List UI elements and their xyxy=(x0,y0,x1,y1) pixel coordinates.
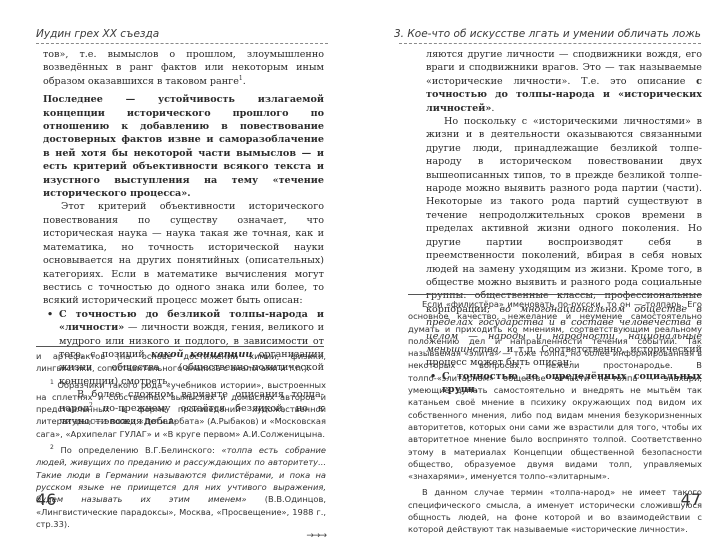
footnote-rule xyxy=(36,346,324,347)
left-page: Иудин грех XX съезда тов», т.е. вымыслов… xyxy=(0,0,363,540)
paragraph: ляются другие личности — сподвижники вож… xyxy=(426,48,702,115)
page-number: 46 xyxy=(36,490,56,509)
continue-arrows-icon: →→→ xyxy=(36,530,326,540)
bullet-icon: • xyxy=(47,308,53,321)
paragraph: Этот критерий объективности историческог… xyxy=(43,200,324,307)
footnotes: Если «филистёра» именовать по-русски, то… xyxy=(408,298,702,540)
paragraph: тов», т.е. вымыслов о прошлом, злоумышле… xyxy=(43,48,324,88)
right-page: 3. Кое-что об искусстве лгать и умении о… xyxy=(363,0,726,540)
footnotes: и артефактов (на основе достижений химии… xyxy=(36,350,326,540)
header-rule xyxy=(36,43,328,44)
footnote-rule xyxy=(408,294,702,295)
paragraph-bold-thesis: Последнее — устойчивость излагаемой конц… xyxy=(43,93,324,200)
footnote-text: Если «филистёра» именовать по-русски, то… xyxy=(408,298,702,482)
running-head: 3. Кое-что об искусстве лгать и умении о… xyxy=(394,28,701,40)
footnote-continuation: и артефактов (на основе достижений химии… xyxy=(36,350,326,375)
header-rule xyxy=(399,43,701,44)
running-head: Иудин грех XX съезда xyxy=(36,28,159,40)
page-number: 47 xyxy=(681,490,701,509)
footnote-text: В данном случае термин «толпа-народ» не … xyxy=(408,486,702,535)
footnote-1: 1 Образчики такого рода «учебников истор… xyxy=(36,379,326,440)
footnote-2: 2 По определению В.Г.Белинского: «толпа … xyxy=(36,444,326,530)
